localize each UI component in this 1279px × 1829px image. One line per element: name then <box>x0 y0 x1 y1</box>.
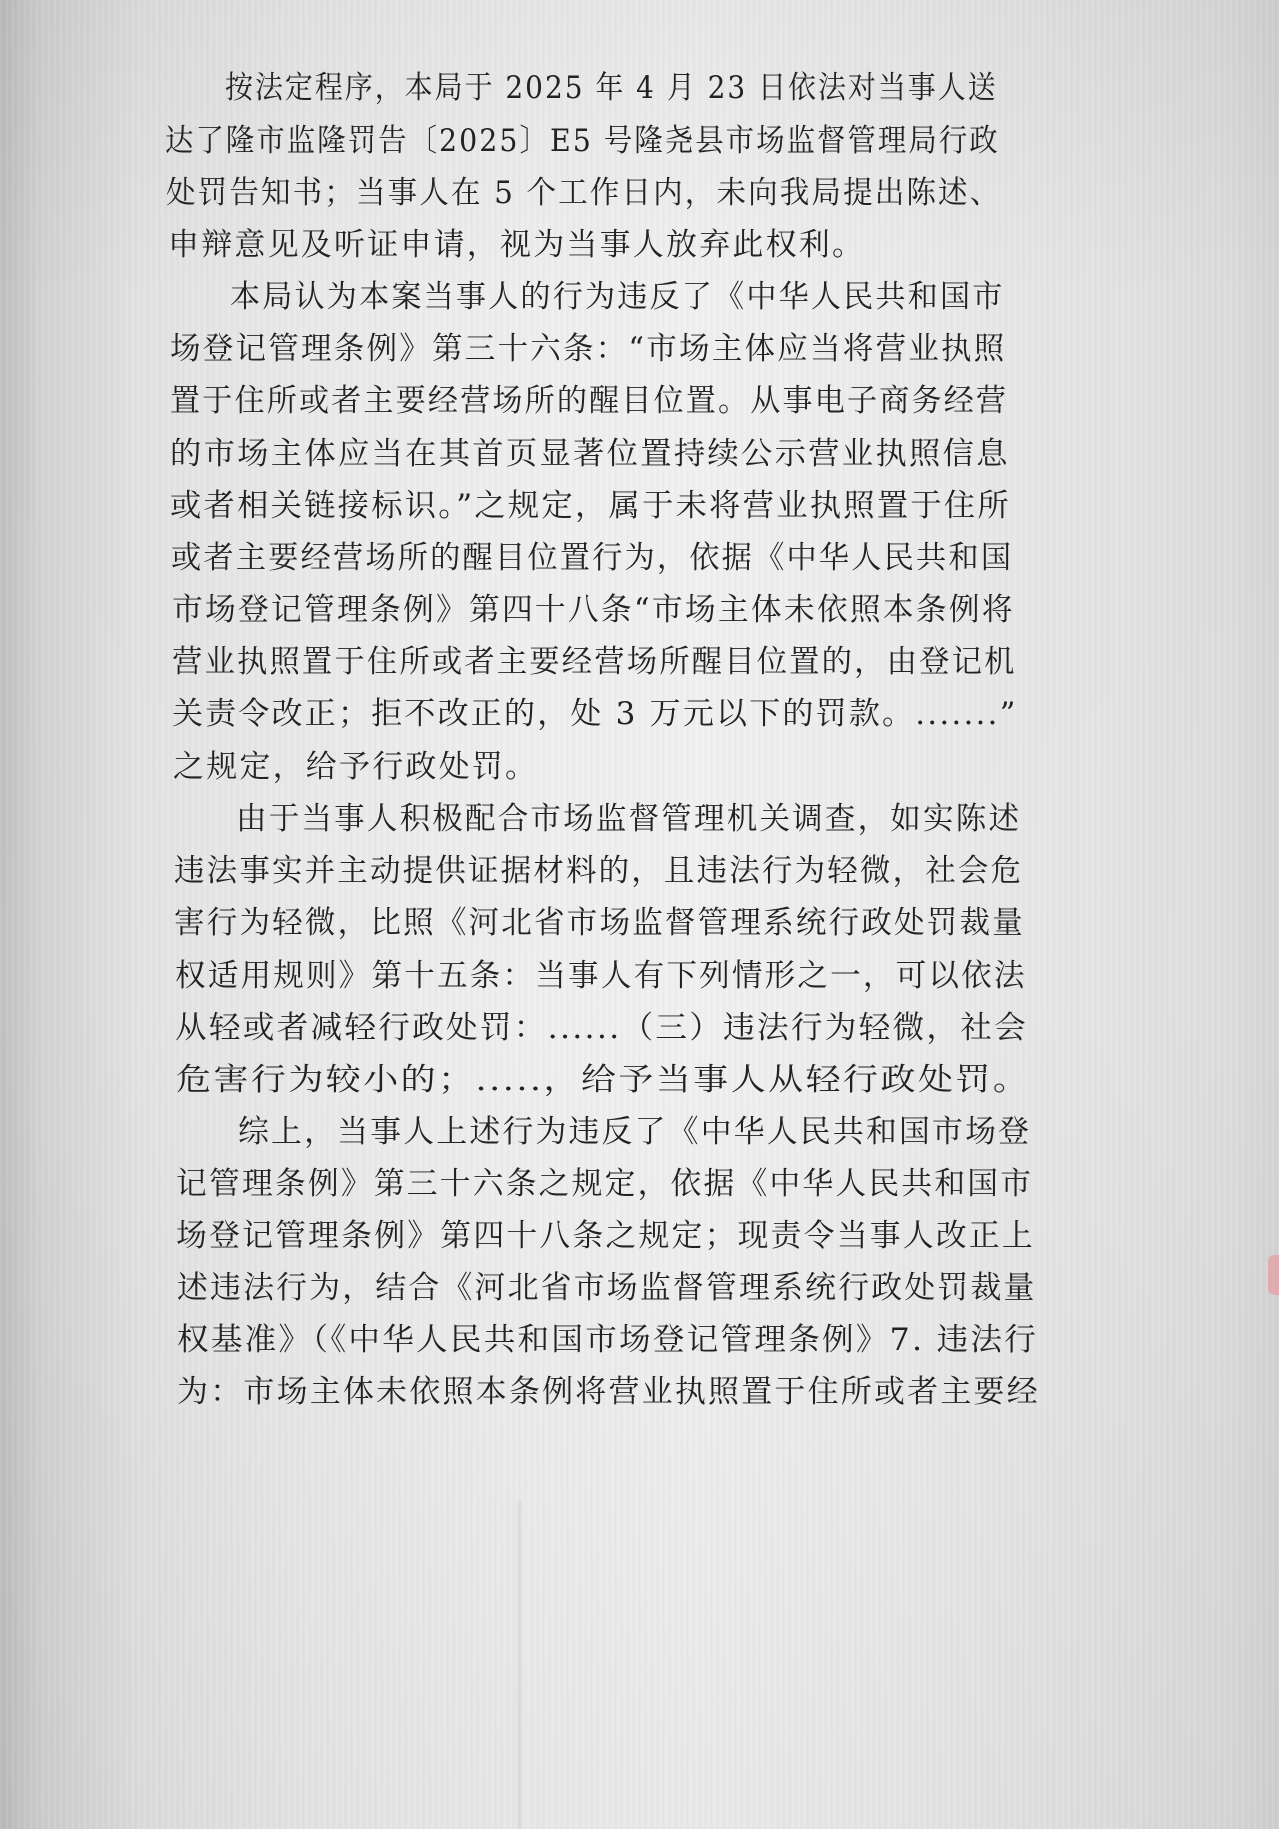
text-line: 之规定，给予行政处罚。 <box>173 741 538 794</box>
text-line: 的市场主体应当在其首页显著位置持续公示营业执照信息 <box>170 428 1010 481</box>
text-line: 按法定程序，本局于 2025 年 4 月 23 日依法对当事人送 <box>225 62 888 115</box>
paper-fold-crease <box>515 1500 529 1829</box>
text-line: 记管理条例》第三十六条之规定，依据《中华人民共和国市 <box>176 1158 1033 1211</box>
text-line: 达了隆市监隆罚告〔2025〕E5 号隆尧县市场监督管理局行政 <box>165 115 1000 168</box>
text-line: 述违法行为，结合《河北省市场监督管理系统行政处罚裁量 <box>177 1262 1037 1315</box>
text-line: 场登记管理条例》第三十六条：“市场主体应当将营业执照 <box>170 323 1006 376</box>
text-line: 或者相关链接标识。”之规定，属于未将营业执照置于住所 <box>170 480 1011 533</box>
text-line: 综上，当事人上述行为违反了《中华人民共和国市场登 <box>238 1106 1031 1159</box>
text-line: 关责令改正；拒不改正的，处 3 万元以下的罚款。.......” <box>172 688 1018 741</box>
text-line: 置于住所或者主要经营场所的醒目位置。从事电子商务经营 <box>170 375 1008 428</box>
text-line: 申辩意见及听证申请，视为当事人放弃此权利。 <box>168 219 865 272</box>
text-line: 或者主要经营场所的醒目位置行为，依据《中华人民共和国 <box>171 532 1013 585</box>
text-line: 害行为轻微，比照《河北省市场监督管理系统行政处罚裁量 <box>174 897 1025 950</box>
text-line: 由于当事人积极配合市场监督管理机关调查，如实陈述 <box>236 793 1021 846</box>
text-line: 权适用规则》第十五条：当事人有下列情形之一，可以依法 <box>175 950 1027 1003</box>
text-line: 市场登记管理条例》第四十八条“市场主体未依照本条例将 <box>172 584 1015 637</box>
text-line: 权基准》（《中华人民共和国市场登记管理条例》7. 违法行 <box>177 1314 1038 1367</box>
text-line: 从轻或者减轻行政处罚：......（三）违法行为轻微，社会 <box>175 1002 1028 1055</box>
text-line: 违法事实并主动提供证据材料的，且违法行为轻微，社会危 <box>174 845 1023 898</box>
red-seal-edge <box>1268 1255 1279 1295</box>
text-line: 为：市场主体未依照本条例将营业执照置于住所或者主要经 <box>177 1366 1040 1419</box>
text-line: 处罚告知书；当事人在 5 个工作日内，未向我局提出陈述、 <box>166 167 1001 220</box>
text-line: 本局认为本案当事人的行为违反了《中华人民共和国市 <box>230 271 1005 324</box>
text-line: 营业执照置于住所或者主要经营场所醒目位置的，由登记机 <box>172 636 1017 689</box>
text-line: 场登记管理条例》第四十八条之规定；现责令当事人改正上 <box>176 1210 1035 1263</box>
text-line: 危害行为较小的；.....，给予当事人从轻行政处罚。 <box>176 1054 1030 1107</box>
